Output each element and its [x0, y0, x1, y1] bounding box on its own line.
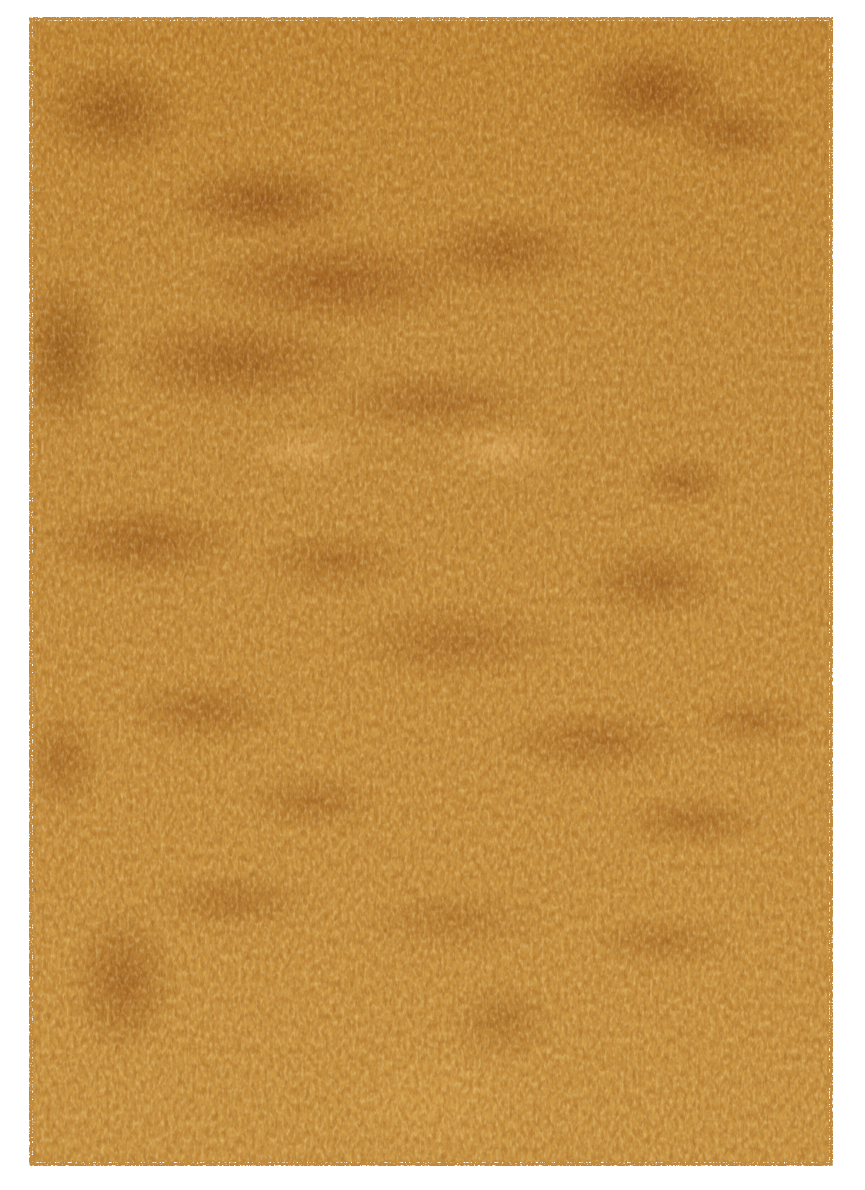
rug-fiber-highlights: [33, 21, 829, 1162]
shaggy-rug: [33, 21, 829, 1162]
photo-canvas: [0, 0, 865, 1190]
